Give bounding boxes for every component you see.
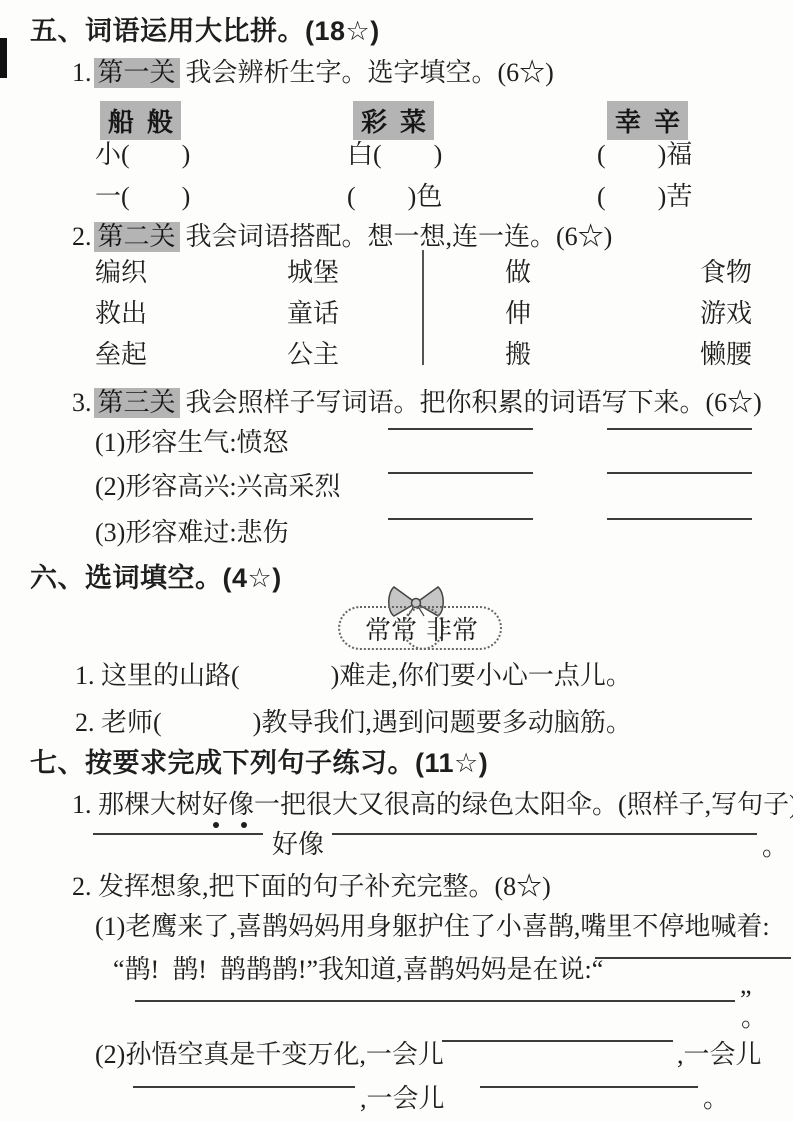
match-divider-line bbox=[422, 250, 424, 365]
answer-blank[interactable] bbox=[607, 518, 752, 520]
q3-item-1: (1)形容生气:愤怒 bbox=[95, 428, 289, 458]
answer-blank[interactable] bbox=[332, 833, 757, 835]
q1-level-badge: 第一关 bbox=[94, 58, 180, 88]
match-word: 垒起 bbox=[95, 340, 147, 370]
q3-item-2: (2)形容高兴:兴高采烈 bbox=[95, 472, 341, 502]
s6-sentence-2: 2. 老师( )教导我们,遇到问题要多动脑筋。 bbox=[75, 708, 632, 738]
fill-item: 白( ) bbox=[347, 140, 442, 170]
match-word: 食物 bbox=[700, 258, 752, 288]
char-option-box-3: 幸 辛 bbox=[607, 101, 688, 140]
answer-blank[interactable] bbox=[480, 1086, 698, 1088]
s7-q2b-mid2: ,一会儿 bbox=[360, 1084, 445, 1114]
q3-heading-text: 我会照样子写词语。把你积累的词语写下来。(6☆) bbox=[186, 388, 762, 417]
s7-q2a-line1: (1)老鹰来了,喜鹊妈妈用身躯护住了小喜鹊,嘴里不停地喊着: bbox=[95, 912, 770, 942]
word-option-pill-2: 非常 bbox=[402, 606, 502, 650]
emphasis-dot bbox=[241, 822, 247, 828]
q2-number: 2. bbox=[72, 222, 92, 251]
match-word: 编织 bbox=[95, 258, 147, 288]
s6-sentence-1: 1. 这里的山路( )难走,你们要小心一点儿。 bbox=[75, 661, 632, 691]
answer-blank[interactable] bbox=[133, 1086, 355, 1088]
fill-item: ( )色 bbox=[347, 182, 442, 212]
answer-blank[interactable] bbox=[93, 833, 263, 835]
char-option-box-2: 彩 菜 bbox=[353, 101, 434, 140]
match-word: 懒腰 bbox=[700, 340, 752, 370]
match-word: 童话 bbox=[287, 299, 339, 329]
q3-number: 3. bbox=[72, 388, 92, 417]
match-word: 做 bbox=[505, 258, 531, 288]
q2-heading-text: 我会词语搭配。想一想,连一连。(6☆) bbox=[186, 222, 613, 251]
s7-q1-period: 。 bbox=[762, 832, 788, 862]
answer-blank[interactable] bbox=[388, 518, 533, 520]
section7-title: 七、按要求完成下列句子练习。(11☆) bbox=[30, 748, 488, 779]
q1-heading: 1.第一关我会辨析生字。选字填空。(6☆) bbox=[72, 58, 554, 88]
match-word: 搬 bbox=[505, 340, 531, 370]
fill-item: ( )苦 bbox=[597, 182, 692, 212]
s7-q2b-line1: (2)孙悟空真是千变万化,一会儿 bbox=[95, 1040, 444, 1070]
fill-item: ( )福 bbox=[597, 140, 692, 170]
answer-blank[interactable] bbox=[607, 472, 752, 474]
worksheet-page: 五、词语运用大比拼。(18☆) 1.第一关我会辨析生字。选字填空。(6☆) 船 … bbox=[0, 0, 793, 1122]
match-word: 救出 bbox=[95, 299, 147, 329]
section6-title: 六、选词填空。(4☆) bbox=[30, 563, 282, 594]
q2-level-badge: 第二关 bbox=[94, 222, 180, 252]
fill-item: 一( ) bbox=[95, 182, 190, 212]
char-option-box-1: 船 般 bbox=[100, 101, 181, 140]
s7-q1-connector: 好像 bbox=[272, 830, 324, 860]
answer-blank[interactable] bbox=[388, 472, 533, 474]
s7-q2-heading: 2. 发挥想象,把下面的句子补充完整。(8☆) bbox=[72, 872, 551, 902]
match-word: 游戏 bbox=[700, 299, 752, 329]
match-word: 公主 bbox=[287, 340, 339, 370]
q3-item-3: (3)形容难过:悲伤 bbox=[95, 518, 289, 548]
s7-q2b-period: 。 bbox=[703, 1084, 729, 1114]
answer-blank[interactable] bbox=[388, 428, 533, 430]
q1-number: 1. bbox=[72, 58, 92, 87]
answer-blank[interactable] bbox=[607, 428, 752, 430]
match-word: 伸 bbox=[505, 299, 531, 329]
fill-item: 小( ) bbox=[95, 140, 190, 170]
q3-level-badge: 第三关 bbox=[94, 388, 180, 418]
answer-blank[interactable] bbox=[595, 957, 791, 959]
q3-heading: 3.第三关我会照样子写词语。把你积累的词语写下来。(6☆) bbox=[72, 388, 762, 418]
answer-blank[interactable] bbox=[135, 1000, 735, 1002]
s7-q1-text: 1. 那棵大树好像一把很大又很高的绿色太阳伞。(照样子,写句子)(3☆) bbox=[72, 790, 793, 820]
q1-heading-text: 我会辨析生字。选字填空。(6☆) bbox=[186, 58, 554, 87]
q2-heading: 2.第二关我会词语搭配。想一想,连一连。(6☆) bbox=[72, 222, 612, 252]
match-word: 城堡 bbox=[287, 258, 339, 288]
answer-blank[interactable] bbox=[442, 1040, 673, 1042]
scan-artifact-mark bbox=[0, 38, 7, 78]
section5-title: 五、词语运用大比拼。(18☆) bbox=[30, 16, 380, 47]
s7-q2a-line2: “鹊! 鹊! 鹊鹊鹊!”我知道,喜鹊妈妈是在说:“ bbox=[113, 955, 603, 985]
emphasis-dot bbox=[213, 822, 219, 828]
s7-q2a-period: 。 bbox=[741, 1003, 767, 1033]
s7-q2b-mid1: ,一会儿 bbox=[677, 1040, 762, 1070]
